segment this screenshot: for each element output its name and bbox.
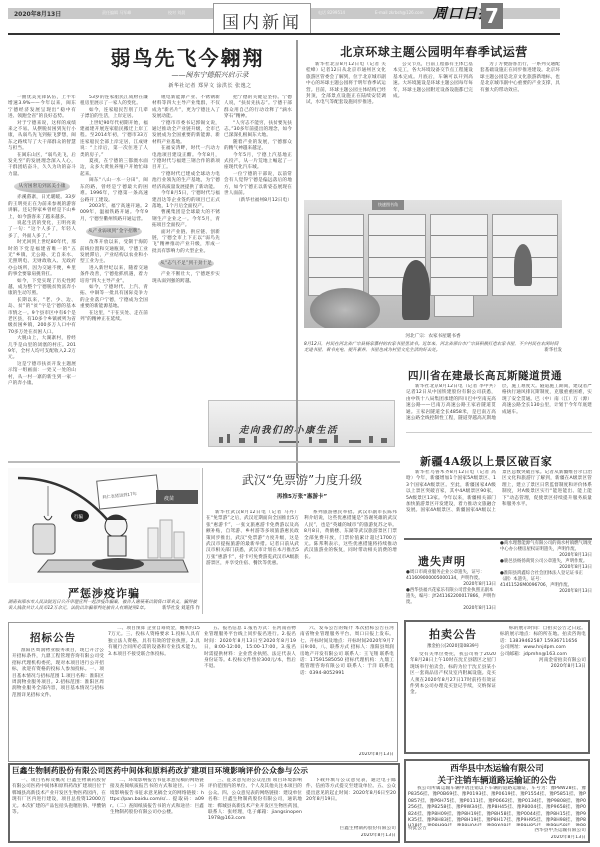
xihua-date: 2020年8月13日 [480, 835, 586, 841]
lost-item: ●周口市商业服务企业公章遗失，证号：411609000005000134，声明作… [406, 570, 496, 582]
subhead-pill-1: 从穷困窘迫到富美小康 [14, 180, 70, 193]
main-article-col2: 53岁的连家船民江成财在廉租房里展示了一家人的变化。 如今，连家船民告别了几辈子… [80, 95, 148, 395]
subhead-pill-3: 从“志气不足”到干劲十足 [158, 257, 214, 270]
contact-email: E-mail zkrbsh@126.com [375, 10, 423, 15]
tender-col4: 六、发布公告的媒介 本次招标公告在河南省物业管理服务平台、周口日报上发布。七、开… [300, 626, 394, 752]
fishing-cartoon-illustration: 利仁省猪进到17年 疫苗 行骗 [8, 468, 200, 583]
sichuan-headline: 四川省在建最长高瓦斯隧道贯通 [408, 368, 588, 383]
main-byline: 新华社记者 郑昇文 涂洪长 张逸之 [130, 82, 290, 89]
xihua-body: 我公司所属运输车辆申请注销以下车辆的道路运输证，车号为：豫P8W28挂、豫P83… [408, 786, 586, 826]
xinjiang-body: 新华社乌鲁木齐8月12日电（记者 高晗）今年，新疆增加1个国家5A级景区、13个… [406, 470, 592, 526]
lost-item: ●西华县福兴花家乐有限公司营业执照正副本遗失，编号：JY241162200017… [406, 588, 496, 606]
issue-date: 2020年8月13日 [14, 9, 61, 18]
jukang-col2: 二、环境影响报告书征求意见稿的网络链接及查阅纸质报告书的方式和途径。（一）环境影… [110, 778, 204, 840]
contact-phone: 电话 8299514 [318, 10, 345, 16]
tender-col1: 淮阳区周润物业服务项目，现已开合公开招标条件，九鼎工程管理咨询有限公司受招标代理… [12, 648, 104, 760]
wuhan-col1: 新华社武汉8月12日电（记者 马丹）在“免票游”之后，武汉近期面向全国推出5万张… [206, 510, 299, 612]
tender-headline: 招标公告 [30, 630, 100, 645]
lost-notice-col2: ●商水理想能源气有限公司的商水村镇燃气调度中心办公楼房屋权证明遗失，声明作废。 … [500, 541, 592, 595]
open-book [434, 295, 474, 317]
beijing-col2: 公交节点，目前工程都有主体已基本完工，各大环境设备交节点工程施设基本完成。月底后… [393, 62, 473, 190]
cartoon-title: 严惩涉疫诈骗 [8, 585, 200, 601]
wuhan-subhead: 再推5万张“惠游卡” [204, 492, 400, 500]
lost-notice-headline: 遗失声明 [418, 553, 498, 569]
beijing-col3: 为了方便游客出行，一系列交通配套基础设施正在同步推进建设。北京环球主题公园是北京… [480, 62, 560, 190]
jukang-col3: 三、征求意见的公众范围 项目环境影响评价范围内的单位、个人及其他关注本项目的公众… [208, 778, 302, 840]
xihua-closing: 特此公告 [408, 826, 468, 832]
child-figure [514, 244, 532, 286]
beijing-headline: 北京环球主题公园明年春季试运营 [306, 43, 562, 60]
jukang-col4: 下载并填写公众意见表，通过电子邮件、信函等方式提交至建设单位。五、公众提出意见的… [306, 778, 396, 826]
lost-item: ●商水理想能源气有限公司的商水村镇燃气调度中心办公楼房屋权证明遗失，声明作废。 [500, 541, 592, 553]
photo-caption-title: 河北广宗：农家书屋暖书香 [304, 333, 562, 339]
auction-number: 豫金拍公[2020]第0839号 [408, 643, 498, 649]
wuhan-col2: 系列旅游惠民举措。武汉市副市长陈邦利介绍说，这些优惠措施是“答谢英雄的武汉人民”… [304, 510, 397, 612]
photo-sign: 快速图书角 [372, 200, 404, 210]
xihua-headline-1: 西华县中杰运输有限公司 [404, 762, 590, 774]
jukang-headline: 巨鑫生物制药股份有限公司医药中间体和原料药改扩建项目环境影响评价公众参与公示 [12, 765, 398, 776]
masthead: 2020年8月13日 责任编辑 马军峰 校对 刘晨 国内新闻 电话 829951… [0, 0, 600, 36]
bookstore-photo: 快速图书角 [304, 200, 562, 328]
anti-fraud-cartoon: 利仁省猪进到17年 疫苗 行骗 [8, 468, 200, 583]
tender-date: 2020年8月13日 [300, 752, 394, 758]
main-article-col4: 把宁德的关键是坚持。宁德人说，“扶贫先扶志”。宁德干部群众用自己的行动诠释了“滴… [224, 95, 292, 395]
xinjiang-headline: 新疆4A级以上景区破百家 [420, 453, 580, 469]
xihua-headline-2: 关于注销车辆道路运输证的公告 [404, 774, 590, 786]
tender-col2: 二、项目预算 企业自筹资金，概率约157万元。三、投标人资格要求 1.投标人具有… [108, 626, 200, 760]
plant-decoration [310, 288, 380, 328]
svg-text:疫苗: 疫苗 [164, 495, 174, 502]
xihua-company: 西华县中杰运输有限公司 [480, 828, 586, 834]
jukang-col1: 一、项目名称及概况 巨鑫生物制药股份有限公司医药中间体和原料药改扩建项目位于郸城… [12, 778, 106, 840]
section-divider [8, 461, 400, 463]
lost-notice-col1: ●周口市商业服务企业公章遗失，证号：411609000005000134，声明作… [406, 570, 496, 612]
jukang-company: 巨鑫生物制药股份有限公司 [306, 826, 396, 832]
main-article-col1: 一曲优美先锋队伍，上半年增速3.9%——今年以来，闽东宁德经济发展呈现出“稳中有… [8, 95, 76, 395]
main-headline: 弱鸟先飞今翱翔 [80, 42, 295, 71]
main-article-col3: 锂电新能源产业、不锈钢新材料等四大主导产业集群，不仅成为“新名片”，更为宁德注入… [152, 95, 220, 395]
section-title: 国内新闻 [214, 8, 310, 33]
section-divider [404, 538, 592, 540]
wuhan-headline: 武汉“免票游”力度升级 [204, 471, 400, 488]
beijing-col1: 新华社北京8月12日电（记者 关桂峰）记者12日从北京市通州区文化旅游区管委会了… [306, 62, 386, 190]
jukang-date: 2020年8月13日 [306, 833, 396, 839]
auction-col2: 标的展示时间：自拍卖公告之日起。标的展示地点：标的所在地。拍卖咨询电话：1383… [500, 626, 586, 750]
page-number: 7 [481, 3, 503, 29]
editor-credit: 责任编辑 马军峰 [102, 10, 131, 16]
auction-headline: 拍卖公告 [408, 626, 498, 642]
section-title-box: 国内新闻 [213, 3, 311, 33]
lost-item: ●淮阳县鸿鑫综合社会团体法人登记证书正（副）本遗失，证号：41411526M00… [500, 571, 592, 589]
svg-text:行骗: 行骗 [74, 513, 83, 520]
photo-caption: 8月12日，村民在河北省广宗县杨家寨村的农家书屋里读书。近年来，河北省邢台市广宗… [304, 342, 562, 354]
subhead-pill-2: 从产业弱项到“金字招牌” [86, 225, 142, 238]
tender-col3: 五、报名信息 1.报名方式：在河南省物业管理服务平台线上同步报名进行。2.报名时… [204, 626, 296, 760]
main-subtitle: ——闽东宁德振兴启示录 [130, 70, 290, 80]
auction-date: 2020年8月13日 [500, 664, 586, 670]
reader-figure [402, 260, 430, 320]
sichuan-body: 新华社北京8月12日电（记者 李中共）记者12日从中国铁建股份有限公司获悉，由中… [406, 384, 592, 424]
cartoon-caption: 湖南省邵东市人民法院近日公开审理宣判一起涉疫诈骗案，被告人谢某某以销售口罩名义，… [8, 600, 200, 612]
auction-col1: 受有关单位委托，我公司将于2020年8月28日上午10时在沈丘县辖区之星门现场举… [410, 652, 496, 750]
masthead-rule [8, 33, 560, 35]
proofreader-credit: 校对 刘晨 [168, 10, 185, 16]
